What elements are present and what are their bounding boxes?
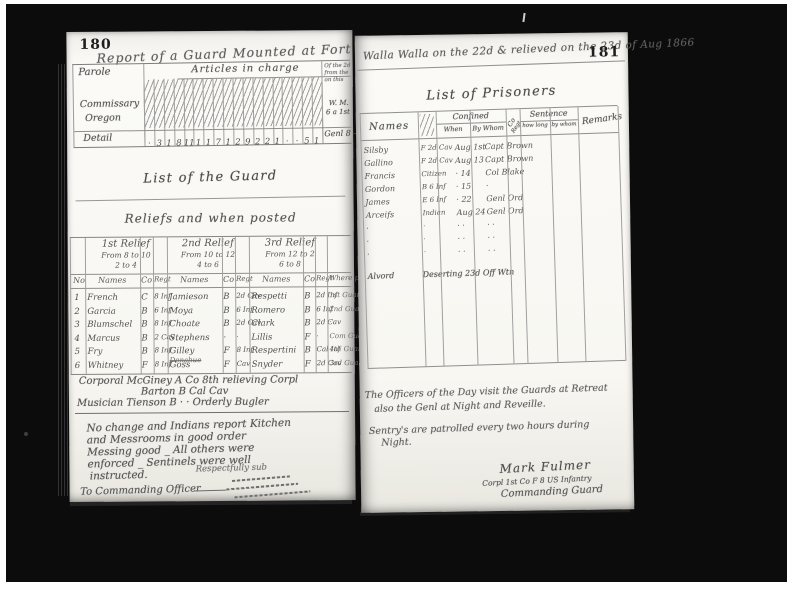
black-scanner-background: 180 Report of a Guard Mounted at Fort Pa…	[6, 4, 787, 582]
signature-scribble	[234, 490, 310, 498]
respectfully-line: Respectfully sub	[196, 463, 268, 475]
scan-artifact-speck	[24, 432, 28, 436]
ledger-page-left: 180 Report of a Guard Mounted at Fort Pa…	[66, 30, 355, 502]
scanned-ledger-screenshot: { "palette": { "background": "#0c0c0c", …	[0, 0, 800, 589]
flourish-dash	[194, 490, 226, 492]
inspection-report-paragraph: No change and Indians report Kitchen and…	[61, 27, 360, 505]
report-line: instructed.	[90, 469, 148, 483]
ledger-page-right: Walla Walla on the 22d & relieved on the…	[355, 32, 635, 513]
signature-scribble	[232, 475, 290, 482]
scan-artifact-speck	[522, 13, 525, 22]
signature-block: Mark Fulmer Corpl 1st Co F 8 US Infantry…	[347, 28, 643, 518]
signature-scribble	[226, 483, 298, 491]
signature-role: Commanding Guard	[501, 484, 604, 500]
addressee-line: To Commanding Officer	[80, 483, 201, 497]
